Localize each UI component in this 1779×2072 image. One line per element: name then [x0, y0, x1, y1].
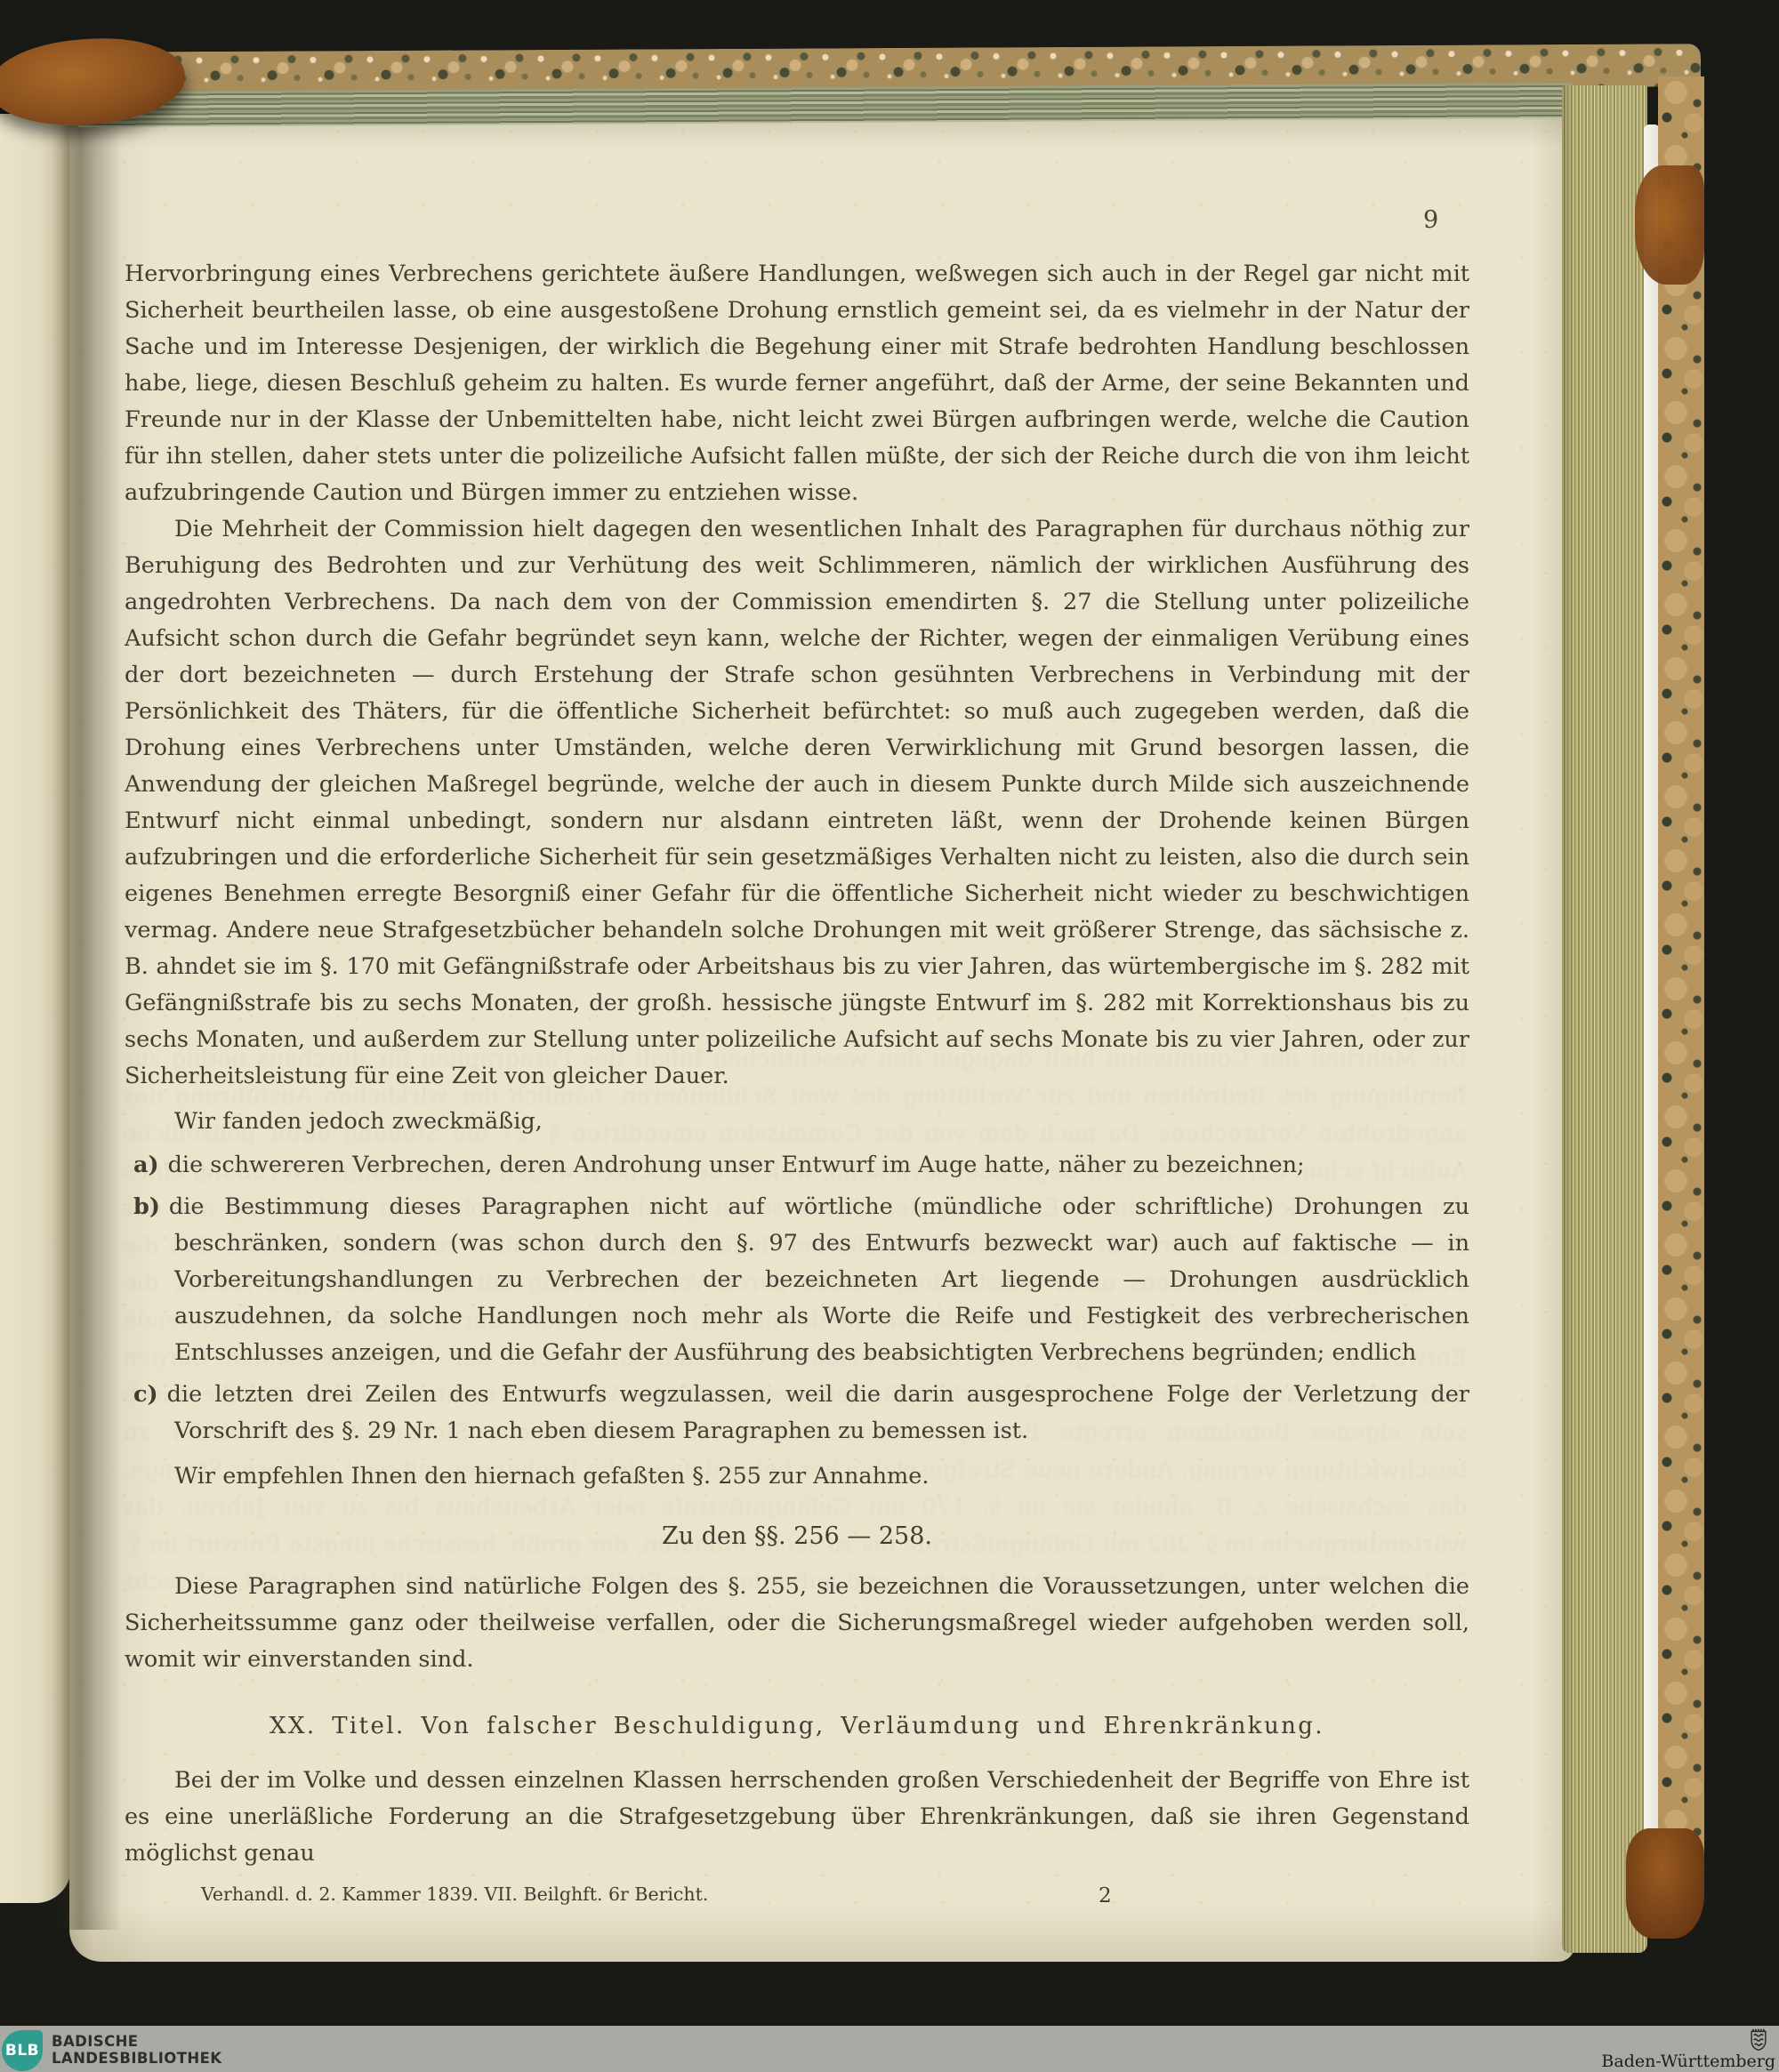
book-page: 9 Die Mehrheit der Commission hielt dage…	[69, 116, 1574, 1962]
paragraph-title-xx: Bei der im Volke und dessen einzelnen Kl…	[125, 1763, 1469, 1872]
list-item-b-label: b)	[133, 1193, 169, 1220]
leather-cover-top-right	[1635, 165, 1704, 285]
paragraph-recommendation: Wir empfehlen Ihnen den hiernach gefaßte…	[125, 1458, 1469, 1495]
list-item-a: a)die schwereren Verbrechen, deren Andro…	[125, 1147, 1469, 1184]
paragraph-continuation: Hervorbringung eines Verbrechens gericht…	[125, 256, 1469, 511]
endpaper-edge	[1644, 124, 1660, 1894]
list-item-c: c)die letzten drei Zeilen des Entwurfs w…	[125, 1377, 1469, 1450]
baden-wuerttemberg-coat-of-arms-icon	[1749, 2028, 1768, 2052]
book-scan-viewport: 9 Die Mehrheit der Commission hielt dage…	[0, 0, 1779, 2072]
state-brand: Baden-Württemberg	[1601, 2028, 1775, 2070]
list-item-c-label: c)	[133, 1381, 167, 1408]
list-item-c-text: die letzten drei Zeilen des Entwurfs weg…	[167, 1381, 1469, 1444]
list-item-a-text: die schwereren Verbrechen, deren Androhu…	[168, 1152, 1305, 1178]
blb-logo-text: BLB	[5, 2042, 39, 2060]
library-name: BADISCHE LANDESBIBLIOTHEK	[52, 2033, 221, 2067]
section-heading-256-258: Zu den §§. 256 — 258.	[125, 1518, 1469, 1554]
paragraph-commission-majority: Die Mehrheit der Commission hielt dagege…	[125, 511, 1469, 1095]
printer-signature-line: Verhandl. d. 2. Kammer 1839. VII. Beilgh…	[125, 1881, 1469, 1907]
amendment-list: a)die schwereren Verbrechen, deren Andro…	[125, 1147, 1469, 1450]
volume-signature: Verhandl. d. 2. Kammer 1839. VII. Beilgh…	[201, 1883, 708, 1905]
library-name-line1: BADISCHE	[52, 2033, 221, 2050]
fore-edge-pages	[1562, 85, 1647, 1953]
title-heading-xx: XX. Titel. Von falscher Beschuldigung, V…	[125, 1708, 1469, 1745]
list-item-b: b)die Bestimmung dieses Paragraphen nich…	[125, 1189, 1469, 1371]
list-item-b-text: die Bestimmung dieses Paragraphen nicht …	[169, 1193, 1469, 1366]
digitization-footer-bar: BLB BADISCHE LANDESBIBLIOTHEK Baden-Würt…	[0, 2026, 1779, 2072]
library-name-line2: LANDESBIBLIOTHEK	[52, 2050, 221, 2067]
paragraph-list-intro: Wir fanden jedoch zweckmäßig,	[125, 1104, 1469, 1140]
paragraph-sections-256-258: Diese Paragraphen sind natürliche Folgen…	[125, 1569, 1469, 1678]
marbled-cover-edge	[1658, 76, 1704, 1924]
page-number: 9	[1423, 206, 1438, 234]
list-item-a-label: a)	[133, 1152, 168, 1178]
sheet-number: 2	[1099, 1883, 1112, 1909]
blb-logo: BLB	[2, 2030, 43, 2071]
page-text-column: Hervorbringung eines Verbrechens gericht…	[125, 256, 1469, 1907]
state-name: Baden-Württemberg	[1601, 2052, 1775, 2070]
leather-cover-bottom-right	[1626, 1828, 1704, 1939]
facing-page-edge	[0, 114, 71, 1903]
